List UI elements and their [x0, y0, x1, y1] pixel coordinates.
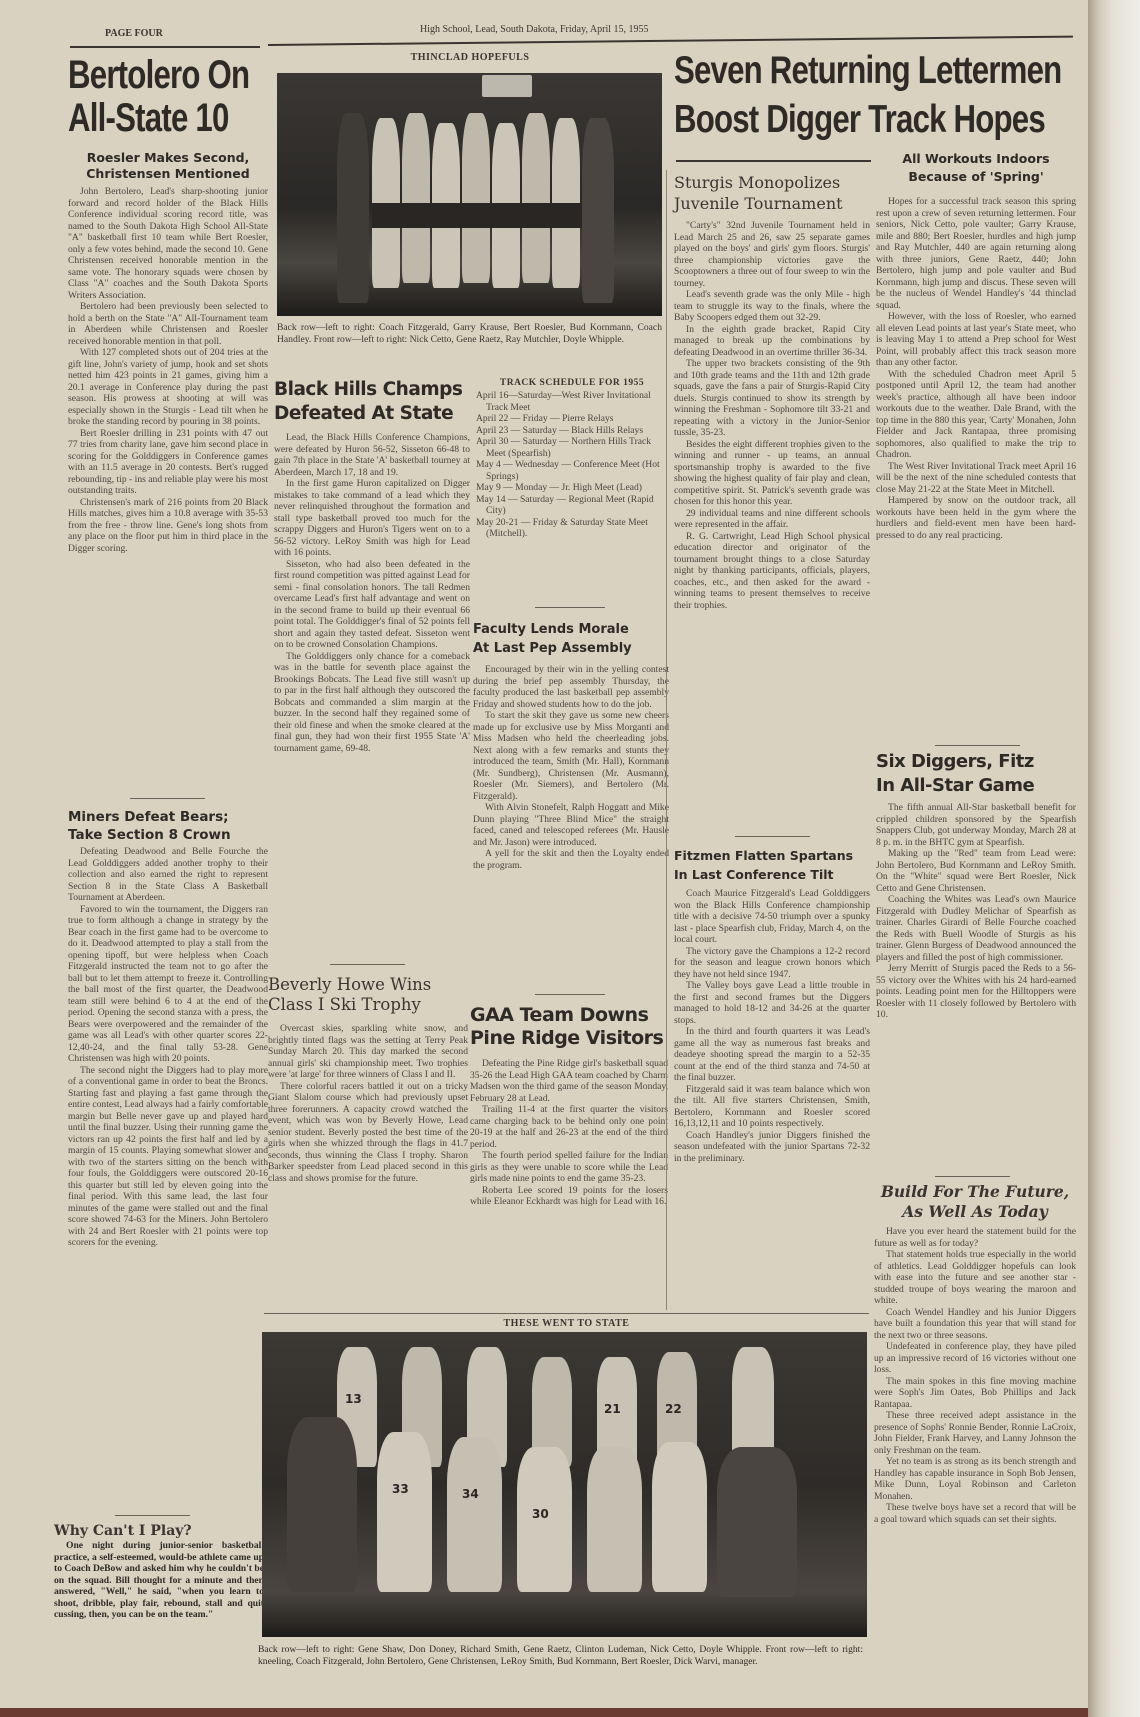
schedule-item: May 4 — Wednesday — Conference Meet (Hot…	[476, 459, 668, 482]
subhead: All Workouts Indoors Because of 'Spring'	[876, 150, 1076, 186]
article-body: Lead, the Black Hills Conference Champio…	[274, 432, 470, 754]
schedule-item: April 22 — Friday — Pierre Relays	[476, 413, 668, 425]
column-rule	[666, 170, 667, 1310]
divider	[935, 745, 1020, 746]
photo-these-went-to-state: 13 21 22 33 34 30	[262, 1332, 867, 1637]
player-kneeling	[652, 1442, 707, 1592]
article-sturgis: Sturgis Monopolizes Juvenile Tournament …	[674, 172, 870, 611]
headline: Black Hills Champs Defeated At State	[274, 378, 470, 426]
article-body: Overcast skies, sparkling white snow, an…	[268, 1023, 468, 1184]
article-why-cant-i-play: Why Can't I Play? One night during junio…	[54, 1522, 264, 1621]
page-bottom-edge	[0, 1708, 1088, 1717]
article-body: Defeating Deadwood and Belle Fourche the…	[68, 846, 268, 1249]
photo-thinclad-hopefuls	[277, 73, 662, 316]
article-body: One night during junior-senior basketbal…	[54, 1540, 264, 1621]
player	[402, 113, 430, 283]
headline-seven-returning: Seven Returning Lettermen Boost Digger T…	[674, 46, 1082, 144]
newspaper-page: PAGE FOUR High School, Lead, South Dakot…	[0, 0, 1088, 1717]
headline: Build For The Future, As Well As Today	[874, 1182, 1076, 1222]
headline: Six Diggers, Fitz In All-Star Game	[876, 750, 1076, 798]
article-bertolero: Bertolero On All-State 10 Roesler Makes …	[68, 54, 268, 554]
photo-caption-thinclad: Back row—left to right: Coach Fitzgerald…	[277, 322, 662, 345]
headline: Sturgis Monopolizes Juvenile Tournament	[674, 172, 870, 214]
headline: Why Can't I Play?	[54, 1522, 264, 1540]
player-kneeling	[587, 1447, 642, 1592]
headline: Fitzmen Flatten Spartans In Last Confere…	[674, 846, 870, 884]
article-body: The fifth annual All-Star basketball ben…	[876, 802, 1076, 1021]
article-build-future: Build For The Future, As Well As Today H…	[874, 1182, 1076, 1525]
article-body: John Bertolero, Lead's sharp-shooting ju…	[68, 186, 268, 554]
page-number-label: PAGE FOUR	[105, 28, 163, 39]
photo-caption-state: Back row—left to right: Gene Shaw, Don D…	[258, 1644, 863, 1667]
divider	[535, 607, 605, 608]
masthead-rule-left	[70, 46, 260, 48]
shorts-band	[372, 203, 582, 228]
article-body: Coach Maurice Fitzgerald's Lead Golddigg…	[674, 888, 870, 1164]
coach-right	[582, 118, 614, 303]
article-body: Hopes for a successful track season this…	[876, 196, 1076, 541]
schedule-item: May 14 — Saturday — Regional Meet (Rapid…	[476, 494, 668, 517]
article-body: Encouraged by their win in the yelling c…	[473, 664, 669, 871]
article-black-hills-champs: Black Hills Champs Defeated At State Lea…	[274, 378, 470, 754]
headline: Faculty Lends Morale At Last Pep Assembl…	[473, 620, 669, 658]
jersey-number: 33	[392, 1482, 409, 1496]
article-body: Defeating the Pine Ridge girl's basketba…	[470, 1058, 668, 1208]
article-six-diggers: Six Diggers, Fitz In All-Star Game The f…	[876, 750, 1076, 1021]
masthead-rule-right	[268, 36, 1073, 46]
page-binding	[1088, 0, 1140, 1717]
manager-kneeling	[717, 1447, 797, 1597]
article-miners: Miners Defeat Bears; Take Section 8 Crow…	[68, 808, 268, 1249]
schedule-item: April 23 — Saturday — Black Hills Relays	[476, 425, 668, 437]
divider	[264, 1313, 869, 1314]
schedule-item: April 16—Saturday—West River Invitationa…	[476, 390, 668, 413]
player	[522, 113, 550, 283]
coach-left	[337, 113, 369, 303]
divider	[535, 994, 605, 995]
article-gaa: GAA Team Downs Pine Ridge Visitors Defea…	[470, 1004, 668, 1208]
basketball-hoop	[482, 75, 532, 97]
jersey-number: 30	[532, 1507, 549, 1521]
jersey-number: 22	[665, 1402, 682, 1416]
article-body: Have you ever heard the statement build …	[874, 1226, 1076, 1525]
schedule-item: April 30 — Saturday — Northern Hills Tra…	[476, 436, 668, 459]
article-fitzmen: Fitzmen Flatten Spartans In Last Confere…	[674, 846, 870, 1164]
headline: Miners Defeat Bears; Take Section 8 Crow…	[68, 808, 268, 844]
divider	[130, 798, 205, 799]
jersey-number: 13	[345, 1392, 362, 1406]
headline: Bertolero On All-State 10	[68, 54, 271, 140]
article-faculty: Faculty Lends Morale At Last Pep Assembl…	[473, 620, 669, 871]
track-schedule-title: TRACK SCHEDULE FOR 1955	[476, 378, 668, 388]
divider	[115, 1515, 190, 1516]
coach-kneeling	[287, 1417, 357, 1592]
article-body: "Carty's" 32nd Juvenile Tournament held …	[674, 220, 870, 611]
headline: Beverly Howe Wins Class I Ski Trophy	[268, 975, 468, 1015]
jersey-number: 21	[604, 1402, 621, 1416]
article-seven-returning: All Workouts Indoors Because of 'Spring'…	[876, 150, 1076, 541]
divider	[735, 836, 810, 837]
player-kneeling	[447, 1437, 502, 1592]
player-kneeling	[377, 1432, 432, 1592]
jersey-number: 34	[462, 1487, 479, 1501]
track-schedule: TRACK SCHEDULE FOR 1955 April 16—Saturda…	[476, 378, 668, 540]
player	[462, 113, 490, 283]
photo-kicker-state: THESE WENT TO STATE	[264, 1318, 869, 1329]
divider	[935, 1176, 1010, 1177]
divider	[330, 964, 405, 965]
schedule-item: May 20-21 — Friday & Saturday State Meet…	[476, 517, 668, 540]
dateline: High School, Lead, South Dakota, Friday,…	[420, 24, 649, 35]
article-beverly-howe: Beverly Howe Wins Class I Ski Trophy Ove…	[268, 975, 468, 1184]
schedule-item: May 9 — Monday — Jr. High Meet (Lead)	[476, 482, 668, 494]
track-schedule-list: April 16—Saturday—West River Invitationa…	[476, 390, 668, 540]
divider	[676, 160, 871, 162]
photo-kicker-thinclad: THINCLAD HOPEFULS	[275, 52, 665, 63]
headline: GAA Team Downs Pine Ridge Visitors	[470, 1004, 668, 1050]
subhead: Roesler Makes Second, Christensen Mentio…	[68, 150, 268, 182]
